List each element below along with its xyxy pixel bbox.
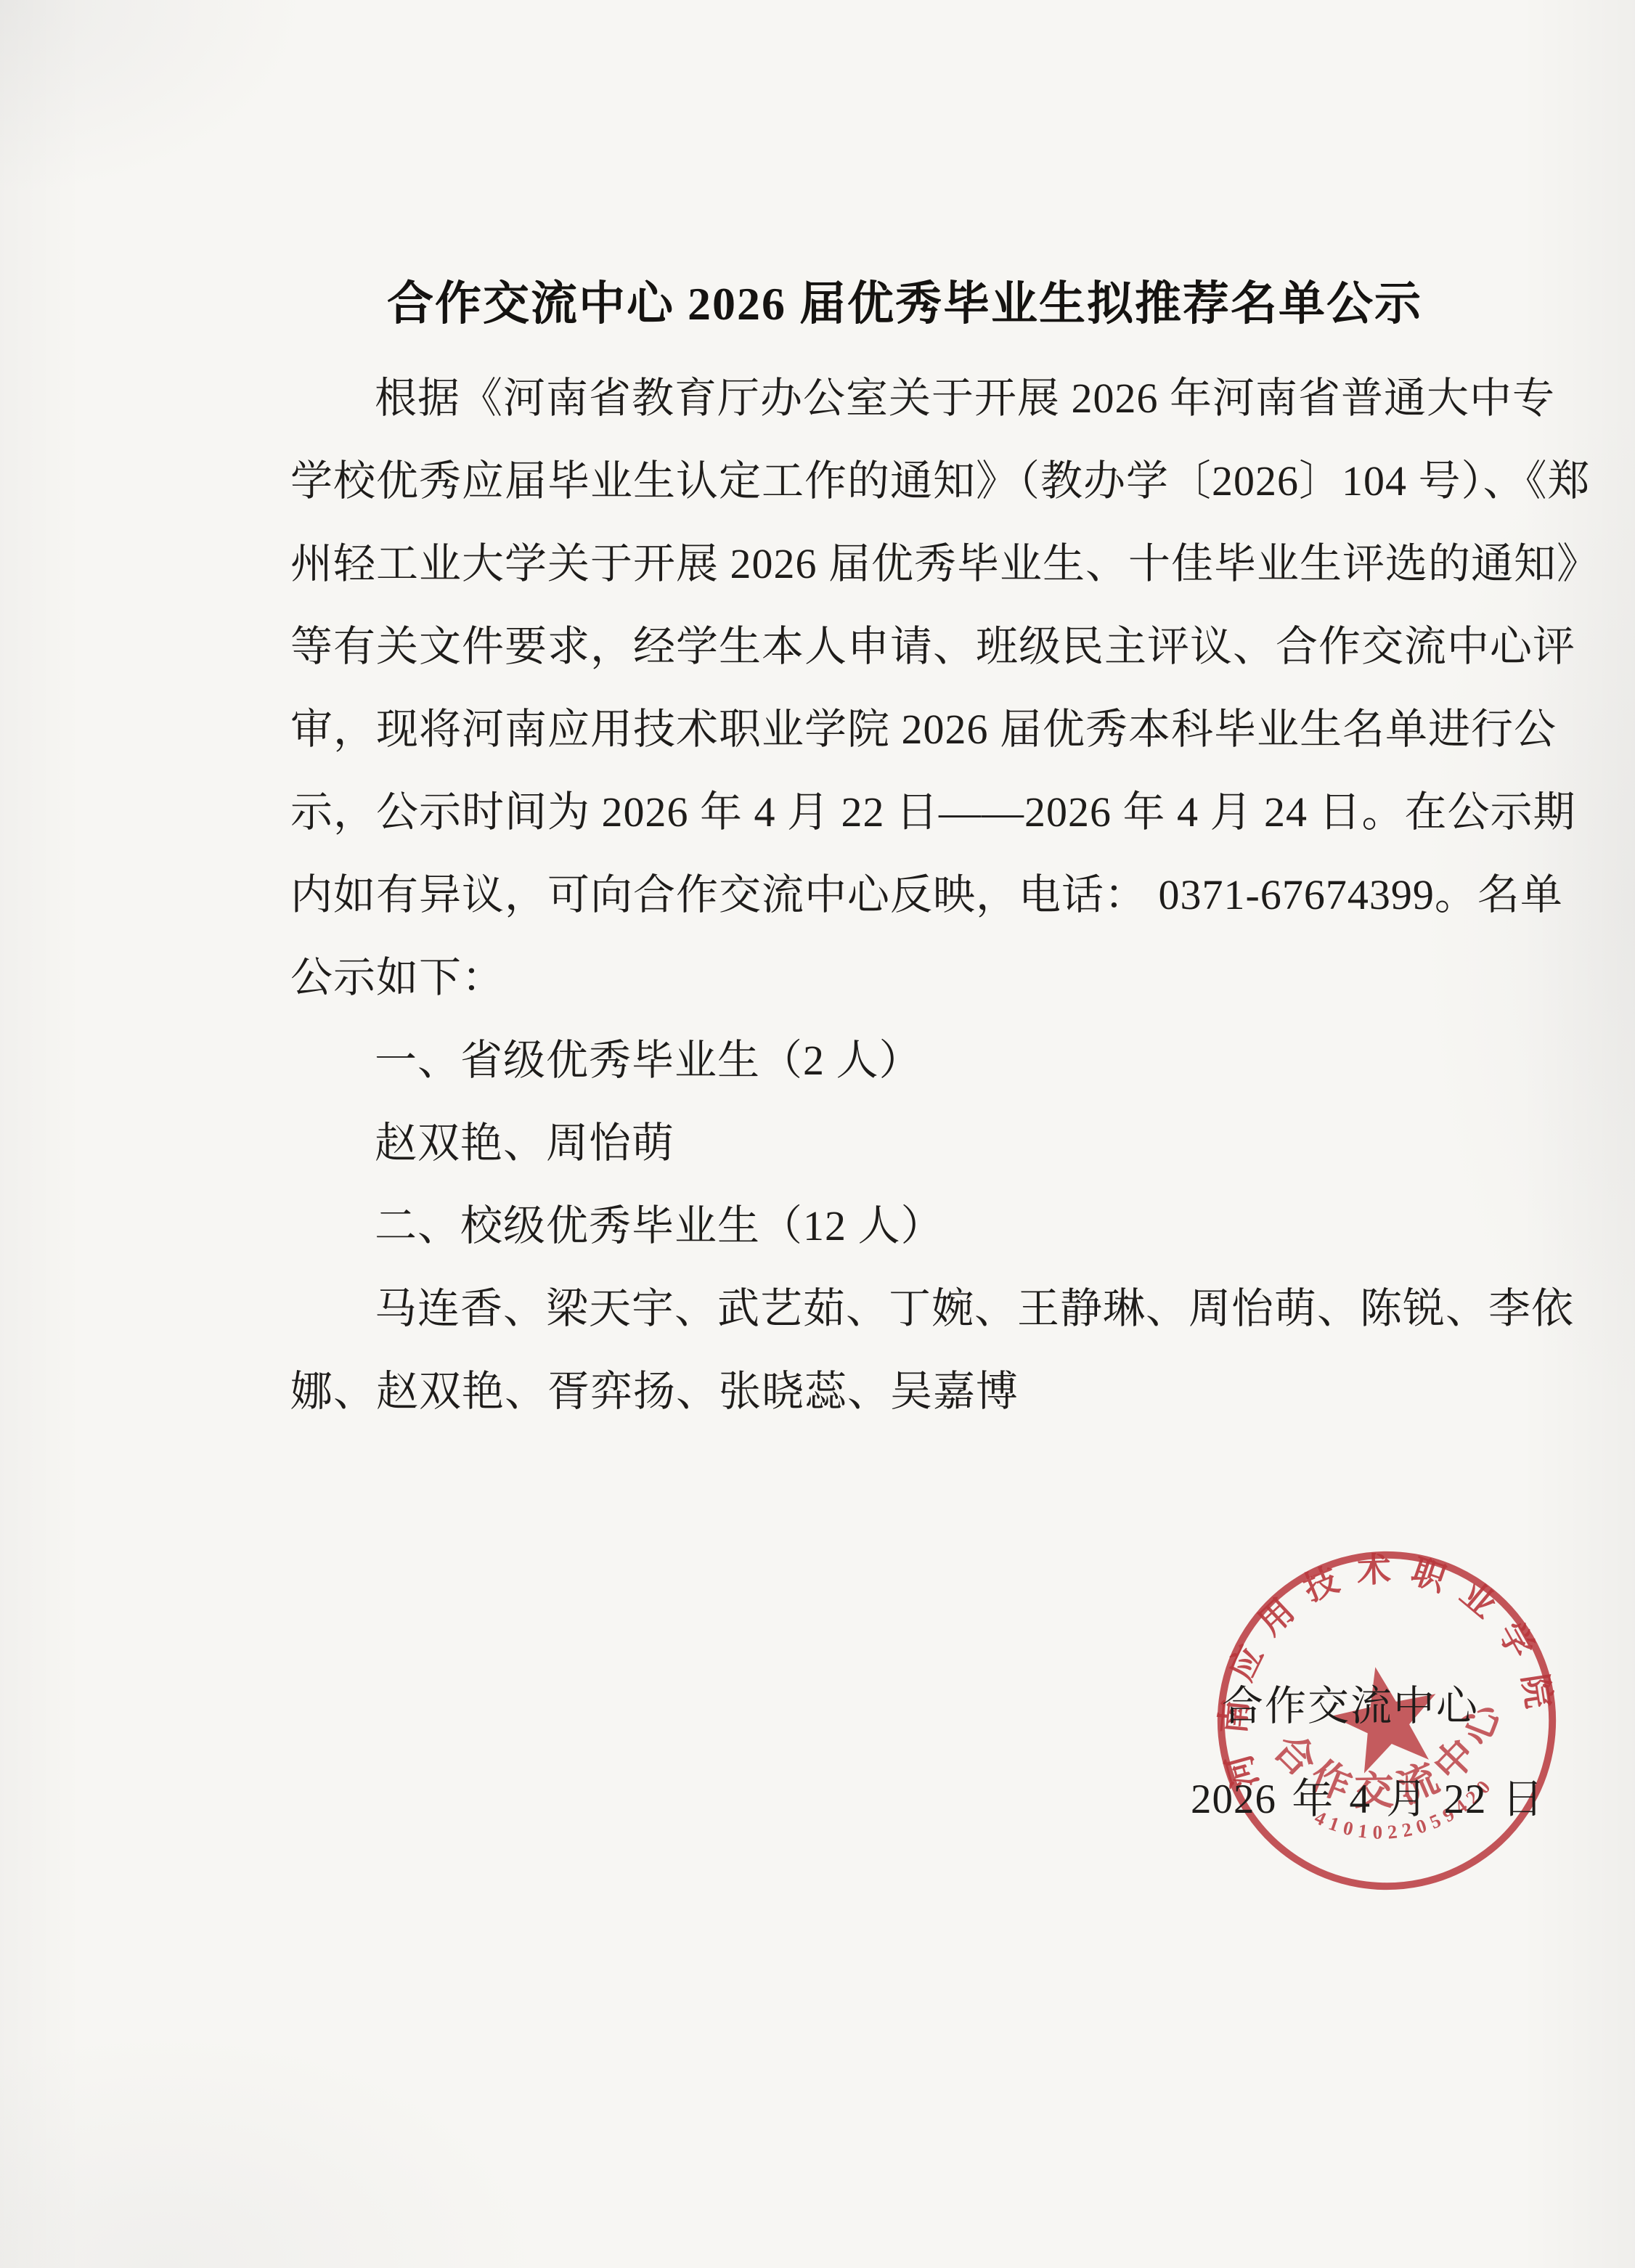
paragraph-line: 内如有异议，可向合作交流中心反映，电话： 0371-67674399。名单 — [290, 854, 1520, 937]
school-graduates-names-1: 马连香、梁天宇、武艺茹、丁婉、王静琳、周怡萌、陈锐、李依 — [290, 1268, 1520, 1350]
signature-date: 2026 年 4 月 22 日 — [1191, 1766, 1544, 1825]
paragraph-line: 公示如下： — [290, 937, 1520, 1019]
document-page: 合作交流中心 2026 届优秀毕业生拟推荐名单公示 根据《河南省教育厅办公室关于… — [0, 0, 1635, 2268]
paragraph-line: 根据《河南省教育厅办公室关于开展 2026 年河南省普通大中专 — [290, 357, 1520, 440]
provincial-graduates-names: 赵双艳、周怡萌 — [290, 1102, 1520, 1185]
signature-department: 合作交流中心 — [1222, 1673, 1479, 1732]
section-heading-school: 二、校级优秀毕业生（12 人） — [290, 1185, 1520, 1268]
section-heading-provincial: 一、省级优秀毕业生（2 人） — [290, 1019, 1520, 1102]
paragraph-line: 审，现将河南应用技术职业学院 2026 届优秀本科毕业生名单进行公 — [290, 688, 1520, 771]
paragraph-line: 学校优秀应届毕业生认定工作的通知》（教办学〔2026〕104 号）、《郑 — [290, 440, 1520, 523]
paragraph-line: 示，公示时间为 2026 年 4 月 22 日——2026 年 4 月 24 日… — [290, 771, 1520, 854]
school-graduates-names-2: 娜、赵双艳、胥弈扬、张晓蕊、吴嘉博 — [290, 1350, 1520, 1433]
page-title: 合作交流中心 2026 届优秀毕业生拟推荐名单公示 — [290, 273, 1519, 335]
document-body: 根据《河南省教育厅办公室关于开展 2026 年河南省普通大中专 学校优秀应届毕业… — [290, 357, 1520, 1433]
paragraph-line: 等有关文件要求，经学生本人申请、班级民主评议、合作交流中心评 — [290, 605, 1520, 688]
paragraph-line: 州轻工业大学关于开展 2026 届优秀毕业生、十佳毕业生评选的通知》 — [290, 523, 1520, 605]
